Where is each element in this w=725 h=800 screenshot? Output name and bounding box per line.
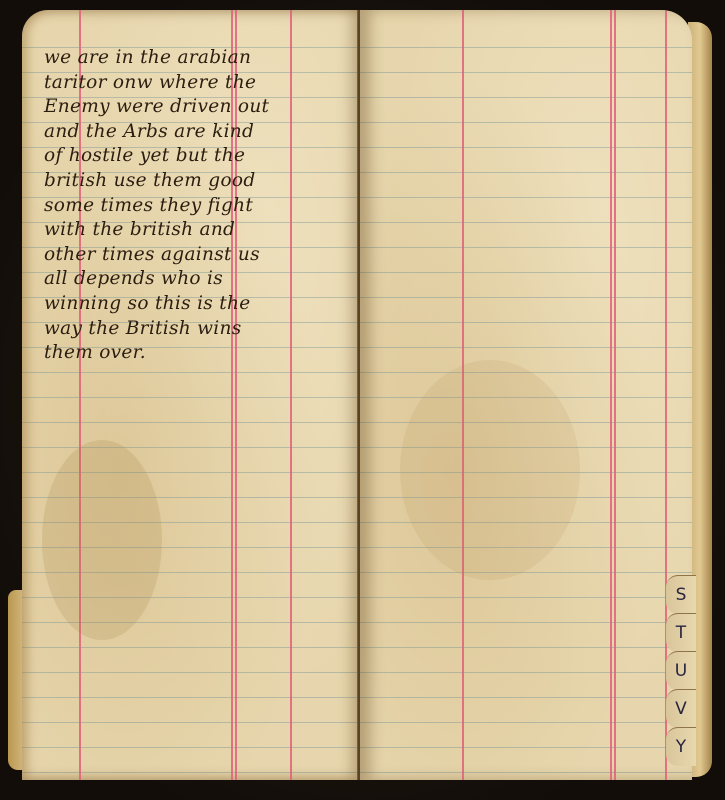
handwritten-line: them over. <box>44 341 360 366</box>
index-tab-s[interactable]: S <box>666 575 696 614</box>
handwritten-line: way the British wins <box>44 317 360 342</box>
index-tab-u[interactable]: U <box>666 651 696 690</box>
paper-stain <box>42 440 162 640</box>
handwritten-line: and the Arbs are kind <box>44 120 360 145</box>
handwritten-line: we are in the arabian <box>44 46 360 71</box>
margin-line <box>610 10 612 780</box>
handwritten-line: other times against us <box>44 243 360 268</box>
handwritten-line: Enemy were driven out <box>44 95 360 120</box>
handwritten-line: all depends who is <box>44 267 360 292</box>
handwritten-line: winning so this is the <box>44 292 360 317</box>
handwritten-line: some times they fight <box>44 194 360 219</box>
index-tabs: S T U V Y <box>666 575 696 775</box>
index-tab-v[interactable]: V <box>666 689 696 728</box>
handwritten-line: taritor onw where the <box>44 71 360 96</box>
handwritten-line: of hostile yet but the <box>44 144 360 169</box>
handwritten-line: with the british and <box>44 218 360 243</box>
paper-stain <box>400 360 580 580</box>
index-tab-y[interactable]: Y <box>666 727 696 766</box>
margin-line <box>614 10 616 780</box>
right-page <box>360 10 692 780</box>
index-tab-t[interactable]: T <box>666 613 696 652</box>
handwritten-entry: we are in the arabian taritor onw where … <box>44 46 360 366</box>
handwritten-line: british use them good <box>44 169 360 194</box>
left-page: we are in the arabian taritor onw where … <box>22 10 360 780</box>
